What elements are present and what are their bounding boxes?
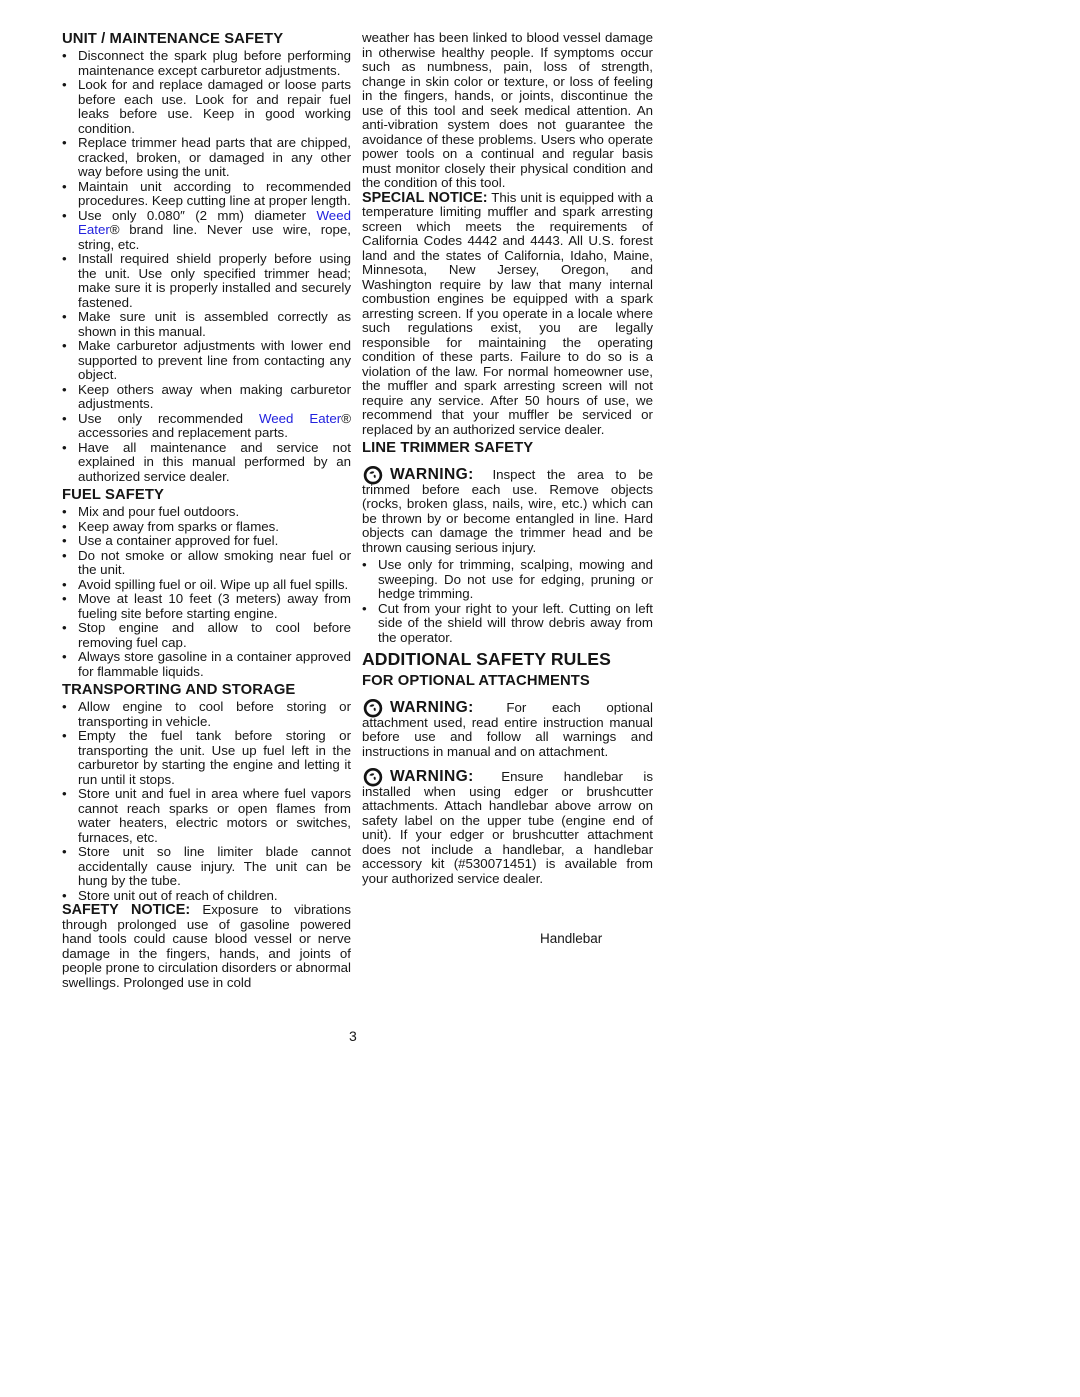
bullet-item: •Cut from your right to your left. Cutti… — [362, 602, 653, 646]
bullet-text: Use a container approved for fuel. — [78, 534, 351, 549]
paragraph: weather has been linked to blood vessel … — [362, 31, 653, 191]
bullet-icon: • — [62, 787, 78, 845]
section-heading: UNIT / MAINTENANCE SAFETY — [62, 31, 351, 48]
bullet-icon: • — [62, 729, 78, 787]
bullet-icon: • — [62, 180, 78, 209]
text-run: Use a container approved for fuel. — [78, 533, 278, 548]
bullet-icon: • — [362, 602, 378, 646]
bullet-text: Disconnect the spark plug before perform… — [78, 49, 351, 78]
bullet-item: •Move at least 10 feet (3 meters) away f… — [62, 592, 351, 621]
text-run: Use only recommended — [78, 411, 259, 426]
bullet-item: •Keep others away when making carburetor… — [62, 383, 351, 412]
bullet-item: •Stop engine and allow to cool before re… — [62, 621, 351, 650]
warning-label: WARNING: — [390, 699, 481, 716]
bullet-icon: • — [62, 700, 78, 729]
bullet-item: •Use only for trimming, scalping, mowing… — [362, 558, 653, 602]
left-column: UNIT / MAINTENANCE SAFETY•Disconnect the… — [62, 31, 351, 990]
text-run: Store unit out of reach of children. — [78, 888, 278, 903]
bullet-item: •Always store gasoline in a container ap… — [62, 650, 351, 679]
bullet-item: •Store unit and fuel in area where fuel … — [62, 787, 351, 845]
bullet-icon: • — [62, 383, 78, 412]
text-run: ® brand line. Never use wire, rope, stri… — [78, 222, 351, 252]
bullet-item: •Store unit out of reach of children. — [62, 889, 351, 904]
bullet-text: Empty the fuel tank before storing or tr… — [78, 729, 351, 787]
bullet-item: •Make carburetor adjustments with lower … — [62, 339, 351, 383]
bullet-item: •Avoid spilling fuel or oil. Wipe up all… — [62, 578, 351, 593]
bullet-text: Move at least 10 feet (3 meters) away fr… — [78, 592, 351, 621]
paragraph: SPECIAL NOTICE: This unit is equipped wi… — [362, 191, 653, 438]
bullet-icon: • — [62, 412, 78, 441]
bullet-text: Replace trimmer head parts that are chip… — [78, 136, 351, 180]
bullet-icon: • — [62, 650, 78, 679]
handlebar-caption: Handlebar — [540, 932, 653, 947]
bullet-icon: • — [62, 578, 78, 593]
bullet-text: Use only for trimming, scalping, mowing … — [378, 558, 653, 602]
weed-eater-link[interactable]: Weed Eater — [259, 411, 341, 426]
text-run: Store unit and fuel in area where fuel v… — [78, 786, 351, 845]
section-heading: TRANSPORTING AND STORAGE — [62, 682, 351, 699]
warning-note: WARNING: Ensure handlebar is installed w… — [362, 770, 653, 886]
warning-note: WARNING: Inspect the area to be trimmed … — [362, 468, 653, 555]
text-run: weather has been linked to blood vessel … — [362, 30, 653, 190]
bullet-icon: • — [62, 549, 78, 578]
rules-heading: ADDITIONAL SAFETY RULES — [362, 649, 653, 670]
bullet-item: •Have all maintenance and service not ex… — [62, 441, 351, 485]
section-heading: LINE TRIMMER SAFETY — [362, 440, 653, 457]
paragraph: SAFETY NOTICE: Exposure to vibrations th… — [62, 903, 351, 990]
bullet-text: Keep away from sparks or flames. — [78, 520, 351, 535]
bullet-icon: • — [62, 252, 78, 310]
bullet-text: Make carburetor adjustments with lower e… — [78, 339, 351, 383]
bullet-icon: • — [62, 889, 78, 904]
text-run: Maintain unit according to recommended p… — [78, 179, 351, 209]
bullet-text: Mix and pour fuel outdoors. — [78, 505, 351, 520]
text-run: Make carburetor adjustments with lower e… — [78, 338, 351, 382]
bullet-text: Have all maintenance and service not exp… — [78, 441, 351, 485]
bullet-item: •Use only recommended Weed Eater® access… — [62, 412, 351, 441]
warning-note: WARNING: For each optional attachment us… — [362, 701, 653, 759]
text-run: Look for and replace damaged or loose pa… — [78, 77, 351, 136]
bullet-icon: • — [62, 845, 78, 889]
text-run: Disconnect the spark plug before perform… — [78, 48, 351, 78]
bullet-text: Make sure unit is assembled correctly as… — [78, 310, 351, 339]
text-run: Move at least 10 feet (3 meters) away fr… — [78, 591, 351, 621]
alert-circle-icon — [362, 465, 385, 486]
manual-page: UNIT / MAINTENANCE SAFETY•Disconnect the… — [0, 0, 1080, 1397]
text-run: Install required shield properly before … — [78, 251, 351, 310]
text-run: Ensure handlebar is installed when using… — [362, 769, 653, 886]
bullet-text: Maintain unit according to recommended p… — [78, 180, 351, 209]
bullet-item: •Do not smoke or allow smoking near fuel… — [62, 549, 351, 578]
bullet-text: Do not smoke or allow smoking near fuel … — [78, 549, 351, 578]
text-run: Always store gasoline in a container app… — [78, 649, 351, 679]
text-run: Avoid spilling fuel or oil. Wipe up all … — [78, 577, 348, 592]
bullet-text: Keep others away when making carburetor … — [78, 383, 351, 412]
text-run: Do not smoke or allow smoking near fuel … — [78, 548, 351, 578]
text-run: Use only 0.080″ (2 mm) diameter — [78, 208, 317, 223]
alert-circle-icon — [362, 767, 385, 788]
bullet-icon: • — [62, 78, 78, 136]
bullet-text: Stop engine and allow to cool before rem… — [78, 621, 351, 650]
text-run: Replace trimmer head parts that are chip… — [78, 135, 351, 179]
text-run: This unit is equipped with a temperature… — [362, 190, 653, 437]
bullet-item: •Maintain unit according to recommended … — [62, 180, 351, 209]
bullet-item: •Keep away from sparks or flames. — [62, 520, 351, 535]
bullet-item: •Empty the fuel tank before storing or t… — [62, 729, 351, 787]
bullet-item: •Make sure unit is assembled correctly a… — [62, 310, 351, 339]
bullet-icon: • — [62, 441, 78, 485]
bullet-icon: • — [62, 49, 78, 78]
text-run: Keep others away when making carburetor … — [78, 382, 351, 412]
text-run: Mix and pour fuel outdoors. — [78, 504, 239, 519]
warning-label: WARNING: — [390, 768, 481, 785]
text-run: Cut from your right to your left. Cuttin… — [378, 601, 653, 645]
bullet-text: Allow engine to cool before storing or t… — [78, 700, 351, 729]
bullet-icon: • — [62, 592, 78, 621]
bullet-icon: • — [62, 621, 78, 650]
bullet-icon: • — [62, 136, 78, 180]
bullet-text: Use only 0.080″ (2 mm) diameter Weed Eat… — [78, 209, 351, 253]
bullet-text: Look for and replace damaged or loose pa… — [78, 78, 351, 136]
section-heading: FOR OPTIONAL ATTACHMENTS — [362, 673, 653, 690]
text-run: Store unit so line limiter blade cannot … — [78, 844, 351, 888]
bullet-text: Store unit out of reach of children. — [78, 889, 351, 904]
bullet-text: Store unit and fuel in area where fuel v… — [78, 787, 351, 845]
bullet-icon: • — [62, 520, 78, 535]
text-run: Handlebar — [540, 931, 602, 946]
bullet-item: •Disconnect the spark plug before perfor… — [62, 49, 351, 78]
section-heading: FUEL SAFETY — [62, 487, 351, 504]
bullet-item: •Store unit so line limiter blade cannot… — [62, 845, 351, 889]
bullet-text: Always store gasoline in a container app… — [78, 650, 351, 679]
bullet-item: •Install required shield properly before… — [62, 252, 351, 310]
text-run: Make sure unit is assembled correctly as… — [78, 309, 351, 339]
text-run: Use only for trimming, scalping, mowing … — [378, 557, 653, 601]
text-run: Keep away from sparks or flames. — [78, 519, 279, 534]
bullet-text: Avoid spilling fuel or oil. Wipe up all … — [78, 578, 351, 593]
bullet-text: Use only recommended Weed Eater® accesso… — [78, 412, 351, 441]
bullet-text: Store unit so line limiter blade cannot … — [78, 845, 351, 889]
alert-circle-icon — [362, 698, 385, 719]
bullet-icon: • — [62, 310, 78, 339]
bullet-item: •Use a container approved for fuel. — [62, 534, 351, 549]
bullet-icon: • — [62, 209, 78, 253]
text-run: Have all maintenance and service not exp… — [78, 440, 351, 484]
text-run: Allow engine to cool before storing or t… — [78, 699, 351, 729]
text-run: Stop engine and allow to cool before rem… — [78, 620, 351, 650]
bullet-item: •Use only 0.080″ (2 mm) diameter Weed Ea… — [62, 209, 351, 253]
bullet-item: •Allow engine to cool before storing or … — [62, 700, 351, 729]
text-run: Empty the fuel tank before storing or tr… — [78, 728, 351, 787]
right-column: weather has been linked to blood vessel … — [362, 31, 653, 947]
bullet-item: •Replace trimmer head parts that are chi… — [62, 136, 351, 180]
warning-label: WARNING: — [390, 466, 481, 483]
bullet-icon: • — [362, 558, 378, 602]
bullet-item: •Look for and replace damaged or loose p… — [62, 78, 351, 136]
page-number: 3 — [349, 1028, 357, 1044]
bullet-text: Install required shield properly before … — [78, 252, 351, 310]
bullet-icon: • — [62, 339, 78, 383]
bullet-icon: • — [62, 505, 78, 520]
bullet-icon: • — [62, 534, 78, 549]
bullet-text: Cut from your right to your left. Cuttin… — [378, 602, 653, 646]
bullet-item: •Mix and pour fuel outdoors. — [62, 505, 351, 520]
